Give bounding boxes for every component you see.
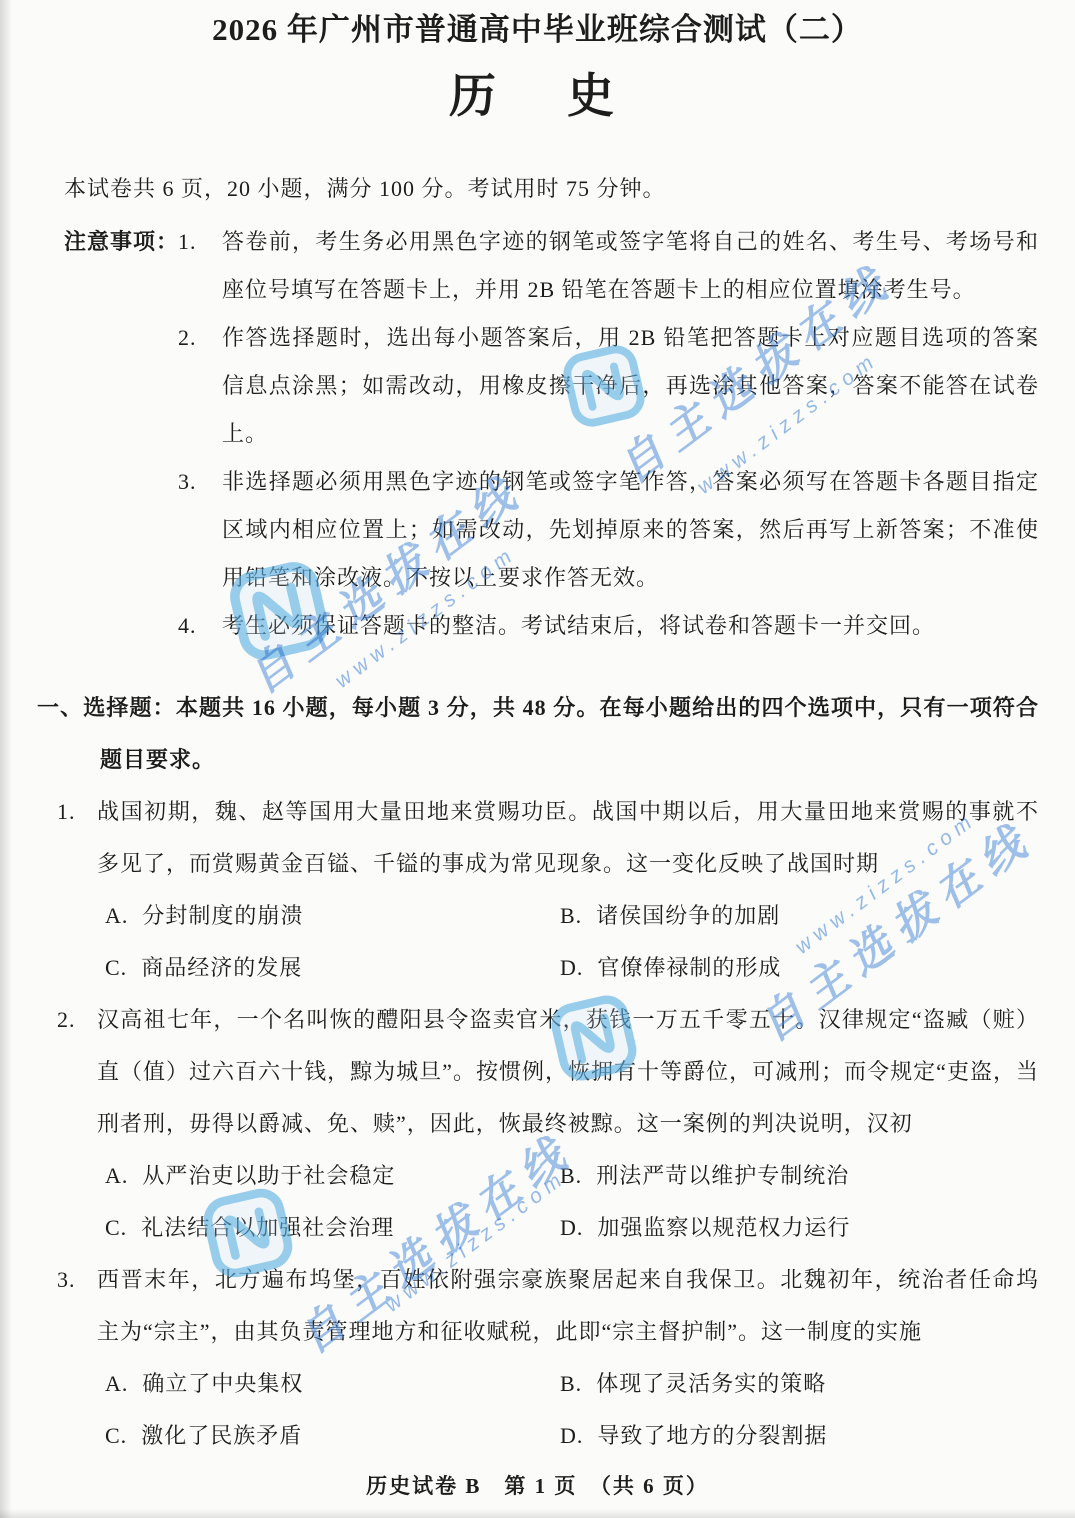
option-label: A. xyxy=(105,1163,128,1188)
exam-page: 2026 年广州市普通高中毕业班综合测试（二） 历 史 本试卷共 6 页，20 … xyxy=(0,0,1075,1518)
notice-item-4: 4. 考生必须保证答题卡的整洁。考试结束后，将试卷和答题卡一并交回。 xyxy=(0,602,1039,650)
option-text: 体现了灵活务实的策略 xyxy=(596,1371,826,1396)
option-text: 礼法结合以加强社会治理 xyxy=(141,1215,394,1240)
notice-item-3: 3. 非选择题必须用黑色字迹的钢笔或签字笔作答，答案必须写在答题卡各题目指定区域… xyxy=(0,458,1039,602)
question-text: 战国初期，魏、赵等国用大量田地来赏赐功臣。战国中期以后，用大量田地来赏赐的事就不… xyxy=(97,799,1039,876)
option-label: C. xyxy=(105,955,127,980)
option-text: 导致了地方的分裂割据 xyxy=(597,1423,827,1448)
options-grid: A.确立了中央集权 B.体现了灵活务实的策略 C.激化了民族矛盾 D.导致了地方… xyxy=(105,1358,1039,1462)
option-label: B. xyxy=(560,1371,582,1396)
option-label: A. xyxy=(105,903,128,928)
option-c: C.礼法结合以加强社会治理 xyxy=(105,1202,560,1254)
question-stem: 2. 汉高祖七年，一个名叫恢的醴阳县令盗卖官米，获钱一万五千零五十。汉律规定“盗… xyxy=(0,994,1039,1150)
question-number: 2. xyxy=(57,994,76,1046)
question-number: 1. xyxy=(57,786,76,838)
option-text: 分封制度的崩溃 xyxy=(142,903,303,928)
option-c: C.商品经济的发展 xyxy=(105,942,560,994)
option-label: D. xyxy=(560,1215,583,1240)
options-grid: A.从严治吏以助于社会稳定 B.刑法严苛以维护专制统治 C.礼法结合以加强社会治… xyxy=(105,1150,1039,1254)
option-text: 确立了中央集权 xyxy=(142,1371,303,1396)
options-grid: A.分封制度的崩溃 B.诸侯国纷争的加剧 C.商品经济的发展 D.官僚俸禄制的形… xyxy=(105,890,1039,994)
paper-summary: 本试卷共 6 页，20 小题，满分 100 分。考试用时 75 分钟。 xyxy=(64,172,1039,206)
option-label: D. xyxy=(560,1423,583,1448)
option-label: A. xyxy=(105,1371,128,1396)
question-text: 汉高祖七年，一个名叫恢的醴阳县令盗卖官米，获钱一万五千零五十。汉律规定“盗臧（赃… xyxy=(97,1007,1039,1136)
option-a: A.从严治吏以助于社会稳定 xyxy=(105,1150,560,1202)
option-d: D.官僚俸禄制的形成 xyxy=(560,942,1039,994)
notice-item-2: 2. 作答选择题时，选出每小题答案后，用 2B 铅笔把答题卡上对应题目选项的答案… xyxy=(0,314,1039,458)
option-a: A.分封制度的崩溃 xyxy=(105,890,560,942)
scan-edge-bottom xyxy=(0,1509,1075,1518)
question-1: 1. 战国初期，魏、赵等国用大量田地来赏赐功臣。战国中期以后，用大量田地来赏赐的… xyxy=(0,786,1039,994)
option-text: 加强监察以规范权力运行 xyxy=(597,1215,850,1240)
option-c: C.激化了民族矛盾 xyxy=(105,1410,560,1462)
question-stem: 3. 西晋末年，北方遍布坞堡，百姓依附强宗豪族聚居起来自我保卫。北魏初年，统治者… xyxy=(0,1254,1039,1358)
option-text: 官僚俸禄制的形成 xyxy=(597,955,781,980)
option-b: B.诸侯国纷争的加剧 xyxy=(560,890,1039,942)
option-label: C. xyxy=(105,1423,127,1448)
section-heading: 一、选择题：本题共 16 小题，每小题 3 分，共 48 分。在每小题给出的四个… xyxy=(0,682,1039,786)
question-stem: 1. 战国初期，魏、赵等国用大量田地来赏赐功臣。战国中期以后，用大量田地来赏赐的… xyxy=(0,786,1039,890)
option-b: B.体现了灵活务实的策略 xyxy=(560,1358,1039,1410)
option-b: B.刑法严苛以维护专制统治 xyxy=(560,1150,1039,1202)
notice-number: 2. xyxy=(178,314,197,362)
option-d: D.导致了地方的分裂割据 xyxy=(560,1410,1039,1462)
option-text: 刑法严苛以维护专制统治 xyxy=(596,1163,849,1188)
question-text: 西晋末年，北方遍布坞堡，百姓依附强宗豪族聚居起来自我保卫。北魏初年，统治者任命坞… xyxy=(97,1267,1039,1344)
notice-number: 1. xyxy=(178,218,197,266)
notice-text: 考生必须保证答题卡的整洁。考试结束后，将试卷和答题卡一并交回。 xyxy=(222,613,935,638)
notice-text: 非选择题必须用黑色字迹的钢笔或签字笔作答，答案必须写在答题卡各题目指定区域内相应… xyxy=(222,469,1039,590)
option-d: D.加强监察以规范权力运行 xyxy=(560,1202,1039,1254)
option-label: D. xyxy=(560,955,583,980)
notices-block: 注意事项： 1. 答卷前，考生务必用黑色字迹的钢笔或签字笔将自己的姓名、考生号、… xyxy=(0,218,1039,650)
option-text: 商品经济的发展 xyxy=(141,955,302,980)
option-a: A.确立了中央集权 xyxy=(105,1358,560,1410)
notice-item-1: 1. 答卷前，考生务必用黑色字迹的钢笔或签字笔将自己的姓名、考生号、考场号和座位… xyxy=(0,218,1039,314)
question-3: 3. 西晋末年，北方遍布坞堡，百姓依附强宗豪族聚居起来自我保卫。北魏初年，统治者… xyxy=(0,1254,1039,1462)
notice-number: 4. xyxy=(178,602,197,650)
option-label: B. xyxy=(560,903,582,928)
option-label: C. xyxy=(105,1215,127,1240)
option-label: B. xyxy=(560,1163,582,1188)
question-number: 3. xyxy=(57,1254,76,1306)
notice-text: 答卷前，考生务必用黑色字迹的钢笔或签字笔将自己的姓名、考生号、考场号和座位号填写… xyxy=(222,229,1039,302)
page-footer: 历史试卷 B 第 1 页 （共 6 页） xyxy=(0,1466,1075,1506)
exam-title: 2026 年广州市普通高中毕业班综合测试（二） xyxy=(30,8,1045,52)
subject-title: 历 史 xyxy=(0,66,1075,128)
option-text: 诸侯国纷争的加剧 xyxy=(596,903,780,928)
scan-edge-left xyxy=(0,0,12,1518)
question-2: 2. 汉高祖七年，一个名叫恢的醴阳县令盗卖官米，获钱一万五千零五十。汉律规定“盗… xyxy=(0,994,1039,1254)
option-text: 从严治吏以助于社会稳定 xyxy=(142,1163,395,1188)
notice-number: 3. xyxy=(178,458,197,506)
notice-text: 作答选择题时，选出每小题答案后，用 2B 铅笔把答题卡上对应题目选项的答案信息点… xyxy=(222,325,1039,446)
option-text: 激化了民族矛盾 xyxy=(141,1423,302,1448)
